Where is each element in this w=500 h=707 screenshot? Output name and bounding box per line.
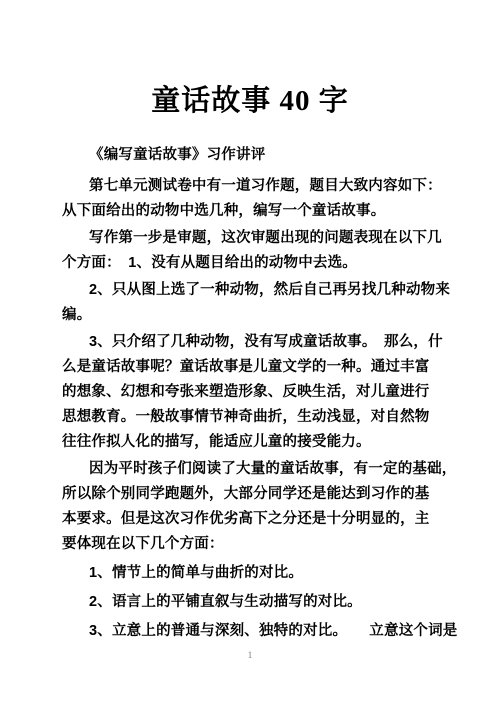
text-line: 要体现在以下几个方面： — [62, 532, 434, 557]
page-number: 1 — [0, 650, 500, 660]
text-line: 往往作拟人化的描写，能适应儿童的接受能力。 — [62, 430, 434, 455]
text-line: 么是童话故事呢？童话故事是儿童文学的一种。通过丰富 — [62, 355, 434, 380]
document-page: 童话故事 40 字 《编写童话故事》习作讲评 第七单元测试卷中有一道习作题，题目… — [0, 0, 500, 707]
text-line: 的想象、幻想和夸张来塑造形象、反映生活，对儿童进行 — [62, 380, 434, 405]
text-line: 第七单元测试卷中有一道习作题，题目大致内容如下： — [62, 174, 434, 199]
text-line: 思想教育。一般故事情节神奇曲折，生动浅显，对自然物 — [62, 405, 434, 430]
text-line: 《编写童话故事》习作讲评 — [62, 143, 434, 168]
text-line: 因为平时孩子们阅读了大量的童话故事，有一定的基础， — [62, 457, 434, 482]
text-line: 写作第一步是审题，这次审题出现的问题表现在以下几 — [62, 226, 434, 251]
text-line: 个方面： 1、没有从题目给出的动物中去选。 — [62, 251, 434, 276]
document-title: 童话故事 40 字 — [0, 0, 500, 120]
text-line: 3、只介绍了几种动物，没有写成童话故事。 那么，什 — [62, 330, 434, 355]
list-item-line: 1、情节上的简单与曲折的对比。 — [62, 561, 434, 586]
list-item-line: 2、语言上的平铺直叙与生动描写的对比。 — [62, 590, 434, 615]
text-line: 2、只从图上选了一种动物，然后自己再另找几种动物来 — [62, 278, 434, 303]
text-line: 本要求。但是这次习作优劣高下之分还是十分明显的，主 — [62, 507, 434, 532]
text-line: 所以除个别同学跑题外，大部分同学还是能达到习作的基 — [62, 482, 434, 507]
document-body: 《编写童话故事》习作讲评 第七单元测试卷中有一道习作题，题目大致内容如下： 从下… — [62, 143, 434, 644]
text-line: 从下面给出的动物中选几种，编写一个童话故事。 — [62, 199, 434, 224]
list-item-line: 3、立意上的普通与深刻、独特的对比。 立意这个词是 — [62, 619, 434, 644]
text-line: 编。 — [62, 303, 434, 328]
